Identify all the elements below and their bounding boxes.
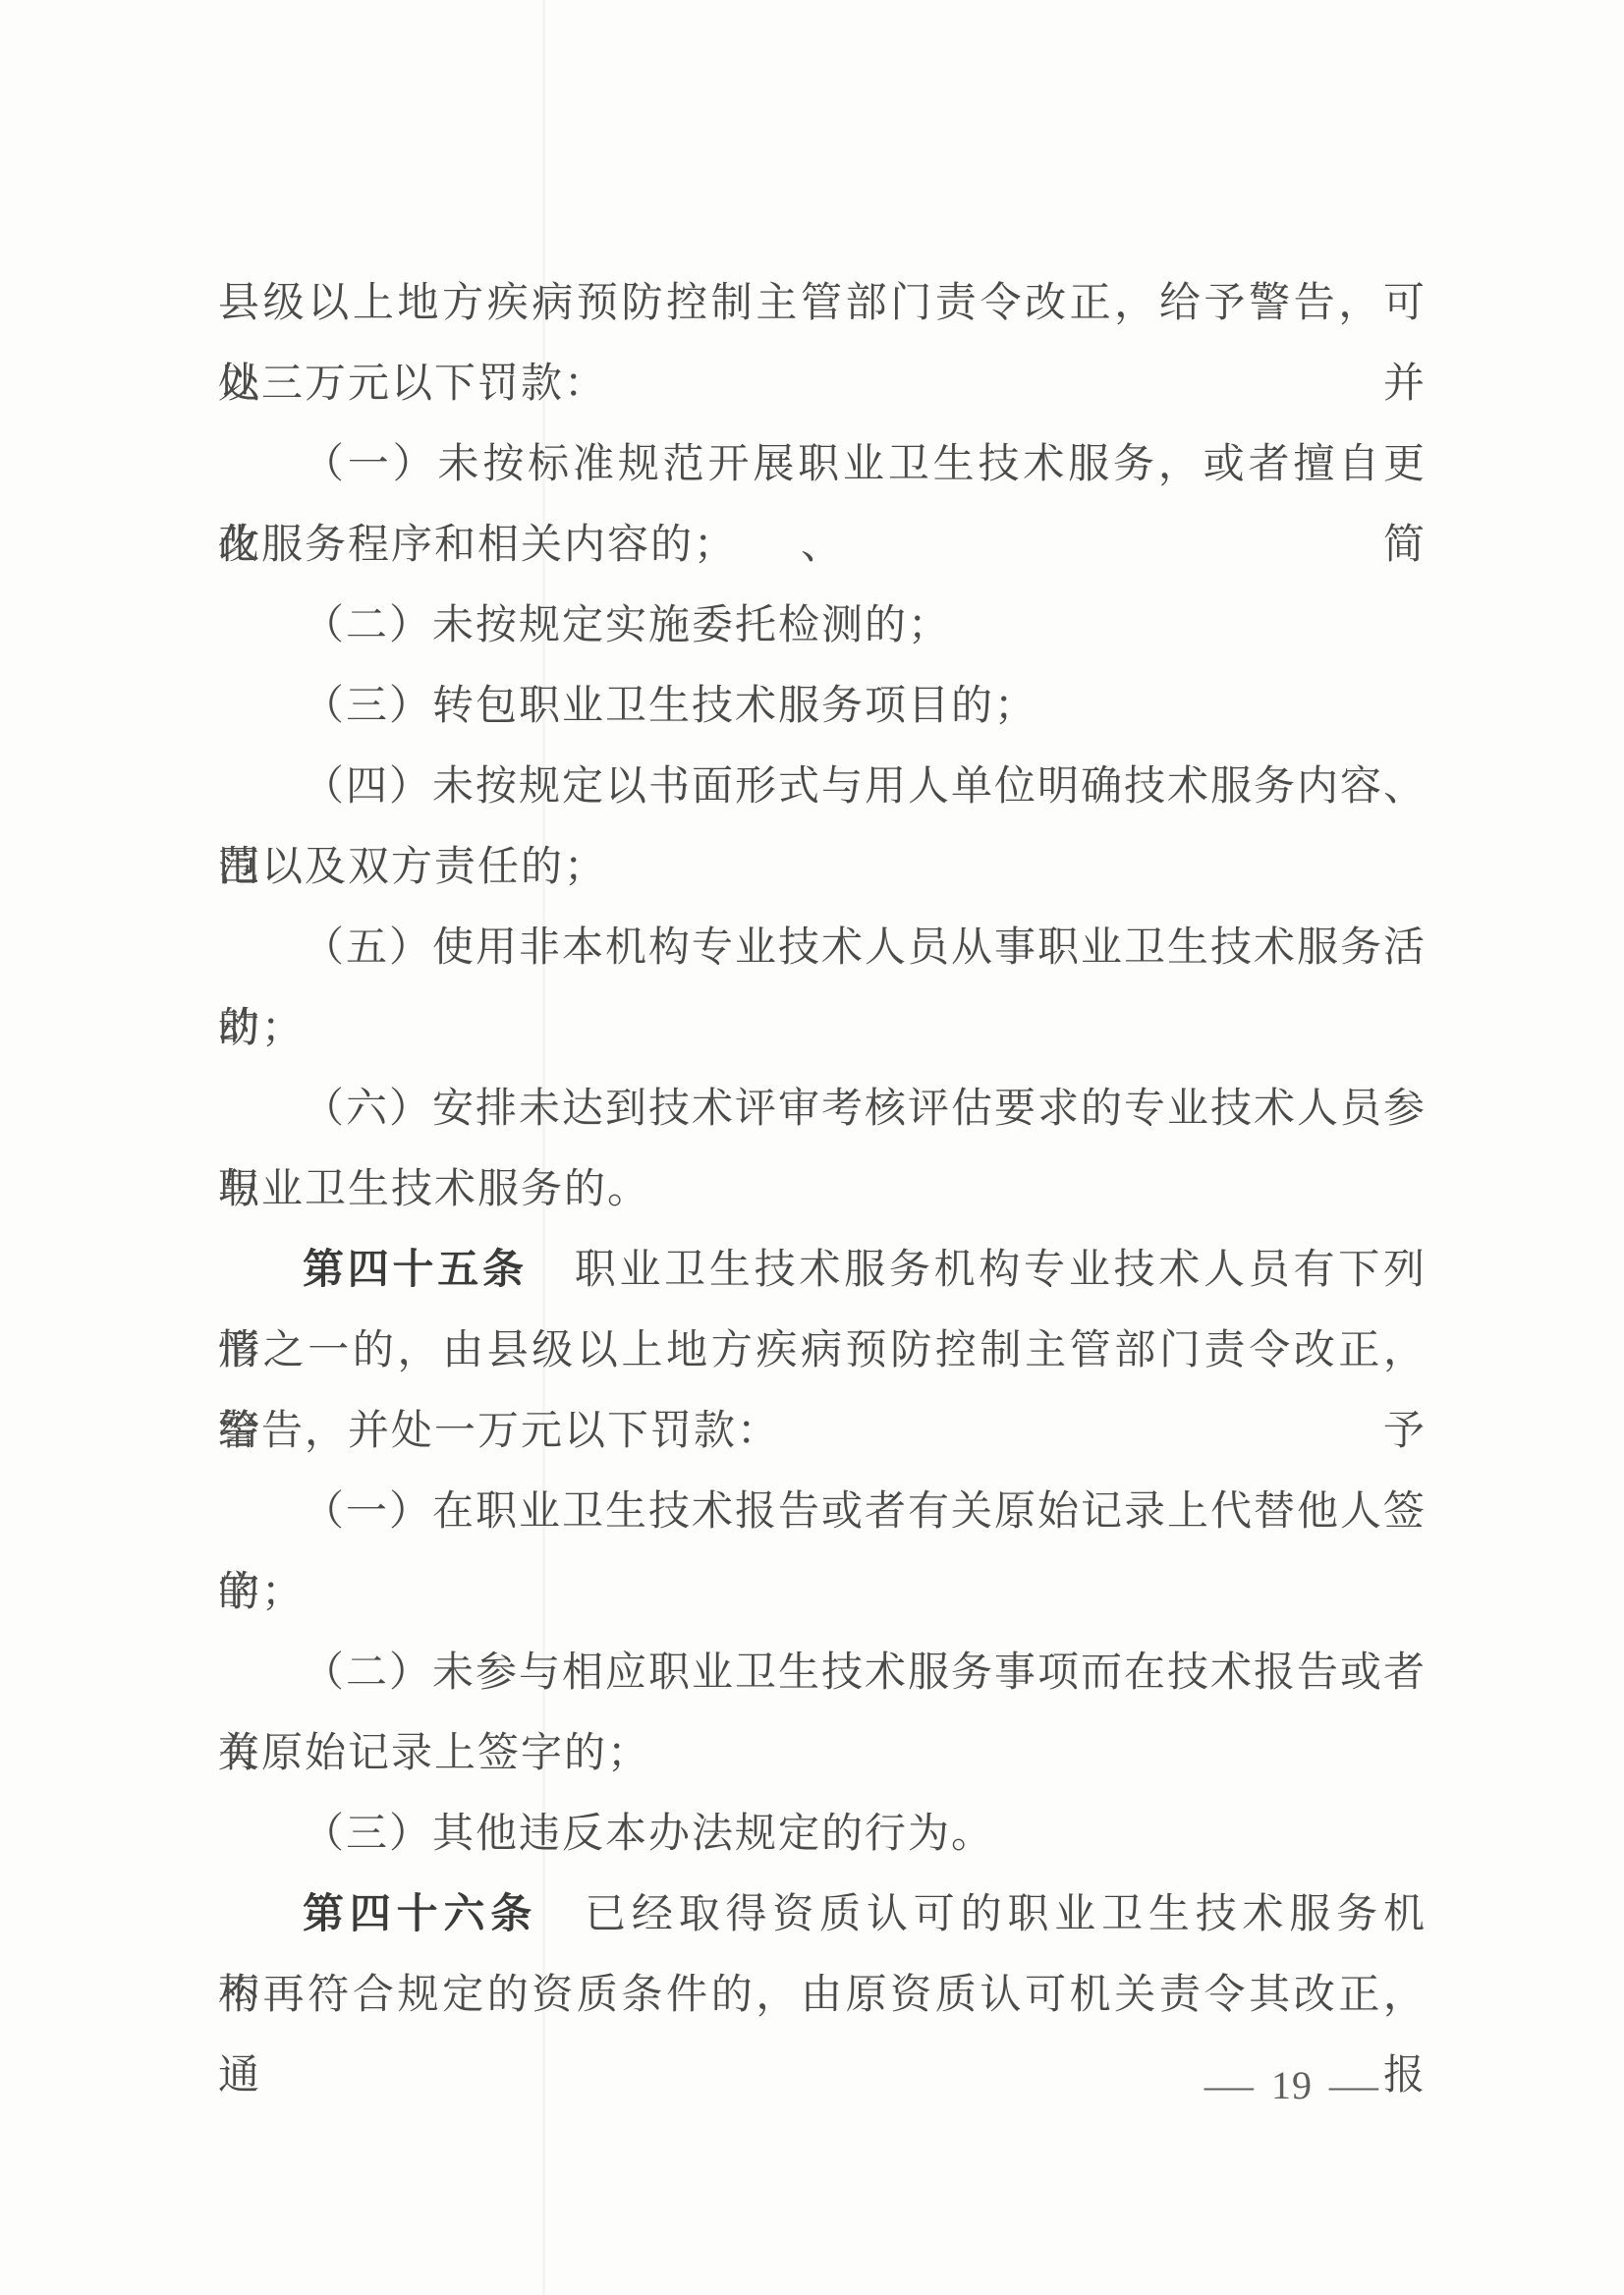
article-number-heading: 第四十六条 (303, 1892, 537, 1937)
document-line: （六）安排未达到技术评审考核评估要求的专业技术人员参与 (218, 1069, 1427, 1149)
line-text: （二）未按规定实施委托检测的； (303, 603, 951, 648)
footer-dash-right: — (1329, 2055, 1379, 2116)
document-line: （二）未按规定实施委托检测的； (218, 586, 1427, 666)
document-line: 围以及双方责任的； (218, 827, 1427, 908)
line-text: 化服务程序和相关内容的； (218, 523, 737, 568)
document-line: （一）在职业卫生技术报告或者有关原始记录上代替他人签字 (218, 1472, 1427, 1552)
document-line: 关原始记录上签字的； (218, 1713, 1427, 1794)
document-line: 不再符合规定的资质条件的，由原资质认可机关责令其改正，通报 (218, 1955, 1427, 2036)
document-line: 的； (218, 1552, 1427, 1633)
line-text: 围以及双方责任的； (218, 845, 607, 890)
document-line: 的； (218, 988, 1427, 1069)
document-line: （四）未按规定以书面形式与用人单位明确技术服务内容、范 (218, 747, 1427, 827)
document-line: （三）转包职业卫生技术服务项目的； (218, 666, 1427, 747)
scanned-document-page: 县级以上地方疾病预防控制主管部门责令改正，给予警告，可以并处三万元以下罚款：（一… (0, 0, 1624, 2295)
line-text: 的； (218, 1570, 305, 1615)
document-line: （二）未参与相应职业卫生技术服务事项而在技术报告或者有 (218, 1633, 1427, 1713)
document-line: 县级以上地方疾病预防控制主管部门责令改正，给予警告，可以并 (218, 263, 1427, 344)
line-text: （三）其他违反本办法规定的行为。 (303, 1812, 994, 1857)
document-line: （三）其他违反本办法规定的行为。 (218, 1794, 1427, 1875)
line-text: （三）转包职业卫生技术服务项目的； (303, 684, 1037, 729)
document-line: （一）未按标准规范开展职业卫生技术服务，或者擅自更改、简 (218, 424, 1427, 505)
document-line: （五）使用非本机构专业技术人员从事职业卫生技术服务活动 (218, 908, 1427, 988)
line-text: 职业卫生技术服务的。 (218, 1167, 650, 1212)
line-text: 处三万元以下罚款： (218, 362, 607, 407)
article-line: 第四十五条职业卫生技术服务机构专业技术人员有下列情 (218, 1230, 1427, 1311)
page-number: 19 (1271, 2055, 1313, 2116)
document-text-block: 县级以上地方疾病预防控制主管部门责令改正，给予警告，可以并处三万元以下罚款：（一… (218, 263, 1427, 2036)
line-text: 关原始记录上签字的； (218, 1731, 650, 1776)
article-number-heading: 第四十五条 (303, 1248, 528, 1293)
document-line: 职业卫生技术服务的。 (218, 1149, 1427, 1230)
line-text: 的； (218, 1006, 305, 1051)
line-text: 警告，并处一万元以下罚款： (218, 1409, 780, 1454)
document-line: 形之一的，由县级以上地方疾病预防控制主管部门责令改正，给予 (218, 1311, 1427, 1391)
page-footer: —19— (1130, 2055, 1454, 2116)
article-line: 第四十六条已经取得资质认可的职业卫生技术服务机构， (218, 1875, 1427, 1955)
footer-dash-left: — (1204, 2055, 1255, 2116)
